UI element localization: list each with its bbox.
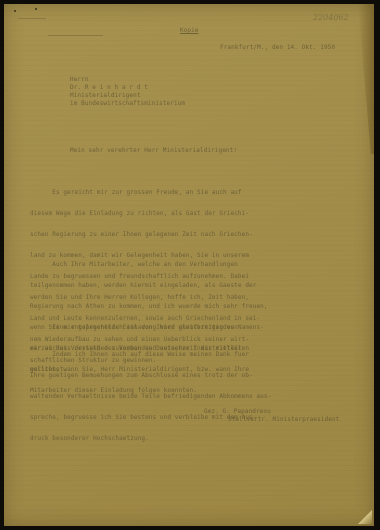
faint-rule — [18, 18, 46, 19]
paper-fold-shadow — [358, 4, 374, 154]
faint-rule — [48, 35, 103, 36]
recipient-office: im Bundeswirtschaftsministerium — [70, 100, 185, 107]
signatory-title: Stellvertr. Ministerpraesident — [228, 416, 339, 423]
handwritten-reference-mark: 2204062 — [313, 13, 349, 22]
text-line: teilgenommen haben, werden hiermit einge… — [30, 282, 330, 289]
punch-mark — [35, 8, 37, 10]
text-line: schen Regierung zu einer Ihnen gelegenen… — [30, 231, 330, 238]
signatory-name: Gez. G. Papandreou — [204, 408, 271, 415]
copy-label: Kopie — [180, 27, 199, 34]
text-line: druck besonderer Hochschaetzung. — [30, 435, 330, 442]
letter-greeting: Mein sehr verehrter Herr Ministerialdiri… — [70, 147, 237, 154]
text-line: Ihre guetigen Bemuehungen zum Abschlusse… — [30, 372, 330, 379]
paper-corner-curl — [358, 510, 372, 524]
text-line: waltenden Verhaeltnisse beide Teile befr… — [30, 393, 330, 400]
recipient-title: Ministerialdirigent — [70, 92, 141, 99]
paragraph-4: Indem ich Ihnen auch auf diese Weise mei… — [30, 337, 330, 456]
punch-mark — [14, 10, 16, 12]
recipient-name: Dr. R e i n h a r d t — [70, 84, 148, 91]
text-line: diesem Wege die Einladung zu richten, al… — [30, 210, 330, 217]
text-line: Indem ich Ihnen auch auf diese Weise mei… — [30, 351, 330, 358]
text-line: Es gereicht mir zur grossen Freude, an S… — [30, 189, 330, 196]
scanned-letter-page: 2204062 Kopie Frankfurt/M., den 14. Okt.… — [4, 4, 374, 526]
place-date: Frankfurt/M., den 14. Okt. 1950 — [220, 44, 335, 51]
text-line: Auch Ihre Mitarbeiter, welche an den Ver… — [30, 261, 330, 268]
text-line: Eine entsprechende Einladung wird gleich… — [30, 324, 330, 331]
recipient-salutation: Herrn — [70, 76, 89, 83]
text-line: Regierung nach Athen zu kommen, und ich … — [30, 303, 330, 310]
